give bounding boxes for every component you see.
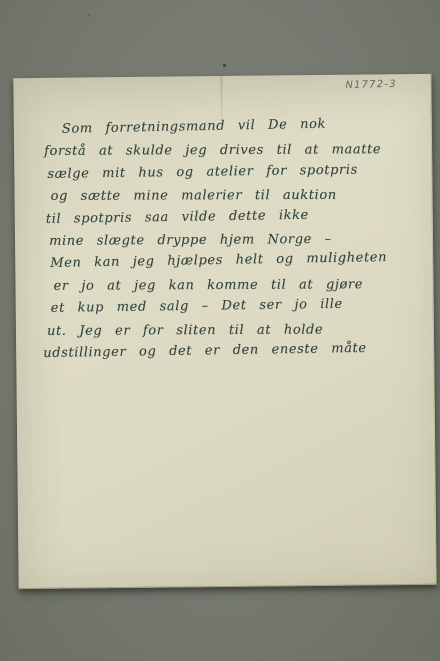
- archive-number: N1772-3: [345, 79, 397, 91]
- dust-speck: [88, 14, 90, 16]
- letter-line: et kup med salg – Det ser jo ille: [51, 293, 433, 321]
- photo-background: N1772-3 Som forretningsmand vil De nok f…: [0, 0, 440, 661]
- letter-text: Som forretningsmand vil De nok forstå at…: [14, 115, 434, 366]
- letter-paper: N1772-3 Som forretningsmand vil De nok f…: [13, 74, 436, 589]
- letter-line: sælge mit hus og atelier for spotpris: [47, 158, 431, 186]
- dust-speck: [223, 64, 226, 67]
- letter-line: Som forretningsmand vil De nok: [62, 112, 431, 141]
- letter-line: Men kan jeg hjælpes helt og muligheten: [50, 247, 432, 276]
- letter-line: udstillinger og det er den eneste måte: [43, 337, 433, 366]
